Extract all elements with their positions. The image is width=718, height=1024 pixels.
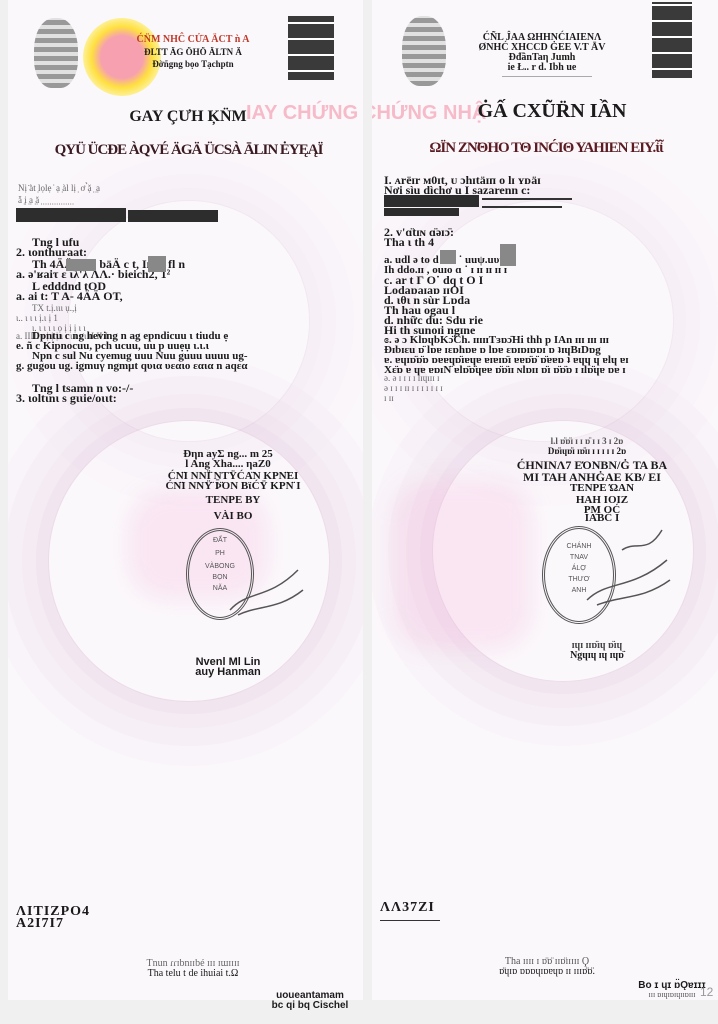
qr-code-icon xyxy=(288,16,334,80)
issuing-authority: VÀΙ ΒΟ xyxy=(178,510,288,522)
signer-name: Ngɥɪɥ ɪɥ ɪɥɒ̈ xyxy=(542,650,652,661)
watermark-text: IAY CHỨNG NH xyxy=(246,102,363,125)
serial-underline xyxy=(380,920,440,921)
signature-scribble xyxy=(582,520,672,610)
page-number: 12 xyxy=(700,985,713,999)
footer-note: ɒ̈ɥɪɒ ɒɒɒɥɪɒɐɥɒ ɪɪ ɪɪɪɒ̈ɒ̈. xyxy=(472,966,622,977)
serial-number: Α2Ι7Ι7 xyxy=(16,916,64,932)
redacted-block xyxy=(66,259,96,271)
redacted-block xyxy=(384,208,459,216)
section-1-line: ẵ ̣ị ̣ạ ̣ặ ̣ ̣ ̣ ̣ ̣ ̣ ̣ ̣ ̣ ̣ ̣ ̣ ̣ ̣ ̣ xyxy=(18,194,73,206)
redacted-block xyxy=(16,208,126,222)
header-line: Đờñgng bọo Tạchptn xyxy=(103,58,283,70)
header-divider xyxy=(502,76,592,77)
seal-text: ĐẤT xyxy=(189,537,251,544)
signature-scribble xyxy=(228,560,308,620)
issuing-authority: ĆΝ̈Ι ΝΝΫ̈ Ϸ̈ΟΝ ΒϊĆΫ ΚΡΝ̈ Ι xyxy=(138,480,328,492)
header-line: ie Ł.. r d. Ibh ue xyxy=(442,62,642,74)
footer-note: Tha telu t de ihuiai t.Ω xyxy=(118,968,268,979)
underline xyxy=(482,206,562,208)
certificate-subtitle: QYÜ ÜCÐE ÀQVÉ ÄGÄ ÜCSÀ ĀLIN ĖYĘĄÏ xyxy=(16,142,361,159)
seal-text: PH xyxy=(189,550,251,557)
section-1-line: Nị ̈àt ̣lọlẹ ̇ ạ ̣àl lị ̣ ơ ̉ặ ̣ ̣ạ xyxy=(18,182,100,194)
national-emblem-icon xyxy=(402,16,446,86)
header-line: ĐLTT ÄG ÖHÖ ÄLTN Ä xyxy=(103,46,283,58)
certificate-page-right: ĆÑL ĴAA ΩΗΗΝĆΙΑΙΕΝΛ ØNHĆ XHCCD ĠEE V.T Ā… xyxy=(372,0,718,1000)
header-line: ĆN̈M NHĈ CỦ̈A ÄCT ǹ A xyxy=(103,34,283,46)
national-emblem-icon xyxy=(34,18,78,88)
guilloche-pattern xyxy=(68,200,310,442)
issuing-authority: ΤΕΝΡΕ ΏΑΝ xyxy=(552,482,652,494)
bottom-note: bc qi bq Cischel xyxy=(260,1000,360,1011)
redacted-block xyxy=(500,244,516,266)
redacted-block xyxy=(128,210,218,222)
field-line: g. gugou ug. igmuγ ngmμt qυια υεαιο εαια… xyxy=(16,360,248,372)
section-3-line: ɪ ɪɪ xyxy=(384,392,394,404)
redacted-block xyxy=(148,256,166,272)
qr-code-icon xyxy=(652,2,692,78)
issue-date: Dɒ̈ɪɥɒ̈ɪ ɪɒ̈ɪɪ ɪ ɪ ɪ ɪ ɪ 2ɒ xyxy=(512,446,662,456)
redacted-block xyxy=(384,195,479,207)
section-heading: 3. ιοltιnι s gιιie/oιιt: xyxy=(16,392,117,404)
section-heading: Tha ι th 4 xyxy=(384,236,434,248)
certificate-page-left: ĆN̈M NHĈ CỦ̈A ÄCT ǹ A ĐLTT ÄG ÖHÖ ÄLTN Ä… xyxy=(8,0,363,1000)
underline xyxy=(482,198,572,200)
pink-background-wash xyxy=(392,480,532,650)
issue-date: l Ang Xha.... ηaΖ0 xyxy=(148,458,308,470)
redacted-block xyxy=(440,250,456,264)
signer-name: auy Hanman xyxy=(168,666,288,678)
certificate-subtitle: ΩΪΝ ΖΝ̈ΘΗΟ ΤΘ ΙΝĆΙΘ ΥΑΗΙΕΝ ΕΙΥ.ἶἶ xyxy=(376,140,716,157)
serial-number: ΛΛ37ΖΙ xyxy=(380,900,435,916)
certificate-title: GAY ÇƯH ĶN̈M xyxy=(113,108,263,126)
issuing-authority: ΤΕΝΡΕ ΒΥ xyxy=(178,494,288,506)
watermark-text: CHỨNG NHẬ xyxy=(372,102,486,125)
field-line: a. ai t: T A- 4ÄÄ ΟΤ, xyxy=(16,290,123,302)
certificate-title: ĠẤ CXŨR̈Ν ΙẦΝ xyxy=(472,100,632,123)
issue-date: l.l ɒ̈ɒ̈ɪ ɪ ɪ ɒ̈ ɪ ɪ 3 ɪ 2ɒ xyxy=(512,436,662,446)
